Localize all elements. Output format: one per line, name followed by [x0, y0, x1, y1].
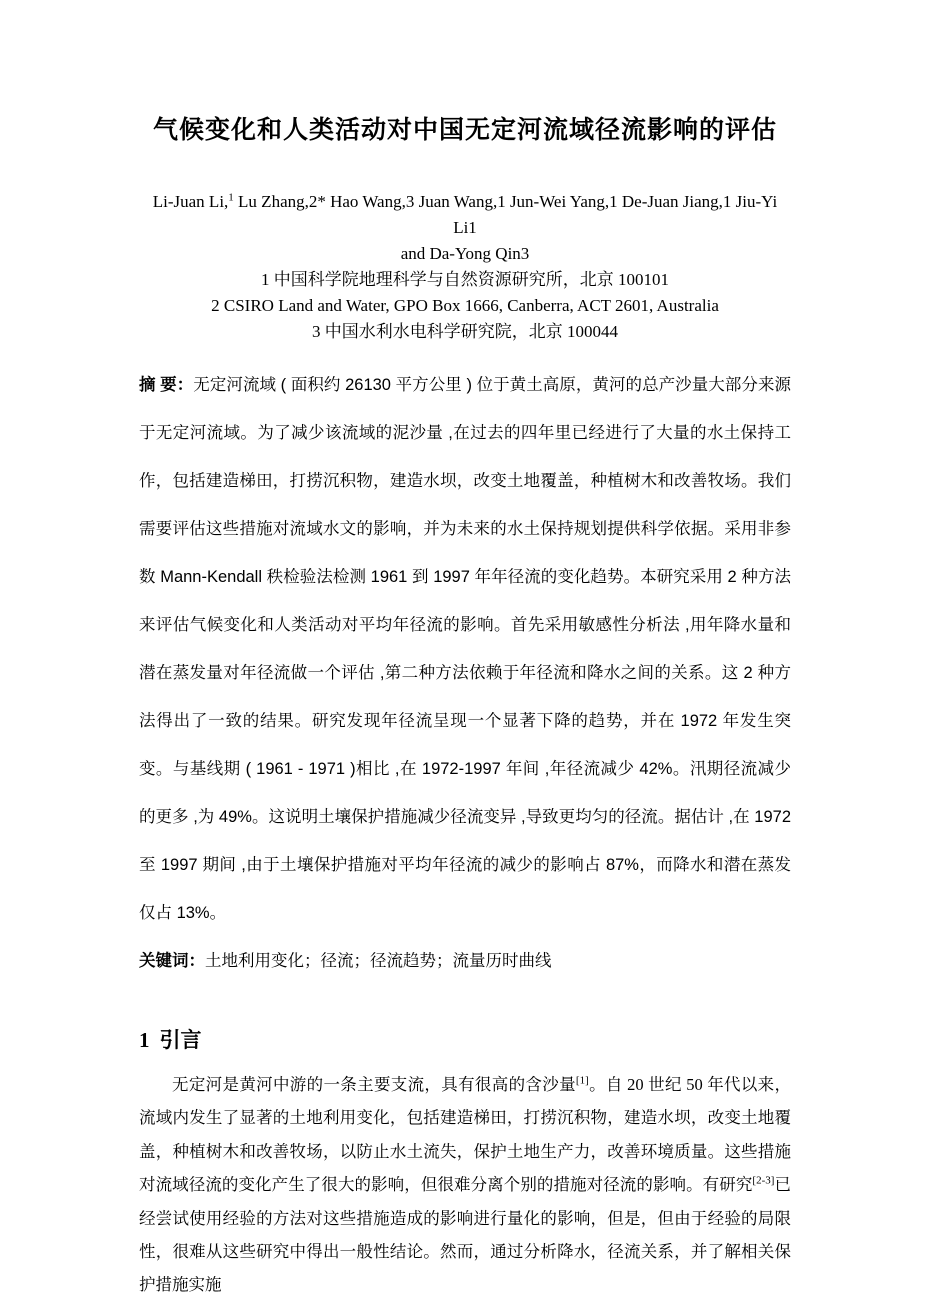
reference-superscript-2-3: [2-3]: [752, 1175, 774, 1187]
section-1-title: 引言: [160, 1029, 202, 1052]
author-line-2: and Da-Yong Qin3: [139, 241, 791, 267]
abstract-label: 摘 要：: [139, 376, 193, 394]
abstract-paragraph: 摘 要：无定河流域 ( 面积约 26130 平方公里 ) 位于黄土高原，黄河的总…: [139, 361, 791, 937]
author-line-1: Li-Juan Li,1 Lu Zhang,2* Hao Wang,3 Juan…: [139, 189, 791, 241]
abstract-text: 无定河流域 ( 面积约 26130 平方公里 ) 位于黄土高原，黄河的总产沙量大…: [139, 376, 791, 922]
page-title: 气候变化和人类活动对中国无定河流域径流影响的评估: [139, 113, 791, 147]
intro-text-part-1: 无定河是黄河中游的一条主要支流，具有很高的含沙量: [172, 1075, 576, 1094]
affiliation-line-3: 3 中国水利水电科学研究院，北京 100044: [139, 319, 791, 345]
affiliation-line-2: 2 CSIRO Land and Water, GPO Box 1666, Ca…: [139, 293, 791, 319]
reference-superscript-1: [1]: [576, 1075, 589, 1087]
section-1-number: 1: [139, 1028, 150, 1052]
author-line-1-rest: Lu Zhang,2* Hao Wang,3 Juan Wang,1 Jun-W…: [234, 192, 777, 237]
paper-page: 气候变化和人类活动对中国无定河流域径流影响的评估 Li-Juan Li,1 Lu…: [0, 0, 925, 1302]
keywords-line: 关键词：土地利用变化；径流；径流趋势；流量历时曲线: [139, 937, 791, 985]
author-block: Li-Juan Li,1 Lu Zhang,2* Hao Wang,3 Juan…: [139, 189, 791, 267]
author-line-1-pre: Li-Juan Li,: [153, 192, 229, 211]
keywords-label: 关键词：: [139, 952, 205, 970]
keywords-text: 土地利用变化；径流；径流趋势；流量历时曲线: [205, 952, 552, 970]
intro-paragraph: 无定河是黄河中游的一条主要支流，具有很高的含沙量[1]。自 20 世纪 50 年…: [139, 1068, 791, 1302]
affiliation-block: 1 中国科学院地理科学与自然资源研究所，北京 100101 2 CSIRO La…: [139, 267, 791, 345]
section-1-heading: 1引言: [139, 1025, 791, 1056]
affiliation-line-1: 1 中国科学院地理科学与自然资源研究所，北京 100101: [139, 267, 791, 293]
